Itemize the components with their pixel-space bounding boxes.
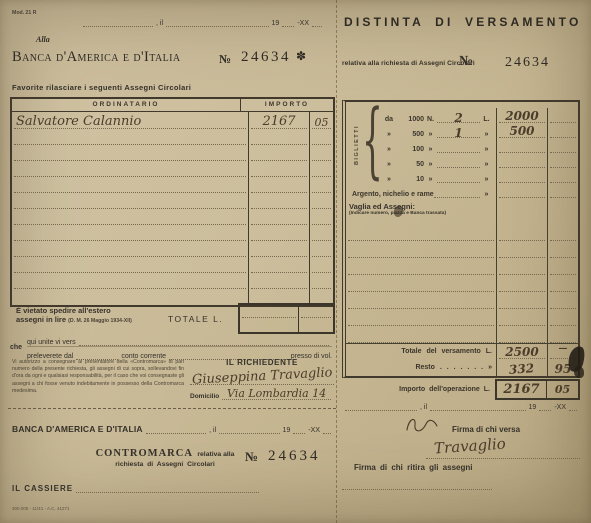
date-il-label: , il: [156, 20, 163, 27]
domicilio-value: Via Lombardia 14: [227, 387, 326, 400]
col-importo: IMPORTO: [241, 99, 333, 111]
argento-row: Argento, nichelio e rame »: [346, 183, 578, 198]
instruction-line: Favorite rilasciare i seguenti Assegni C…: [12, 83, 191, 92]
firma-versa-signature: Travaglio: [433, 435, 506, 458]
form-model-number: Mod. 21 R: [12, 10, 37, 16]
alla-label: Alla: [36, 35, 50, 44]
table-row: [12, 145, 333, 161]
denomination-row: » 50 » »: [346, 153, 578, 168]
vaglia-row: [346, 292, 578, 309]
date-line: , il 19 -XX: [80, 20, 325, 27]
authorization-text: Vi autorizzo a consegnare al presentator…: [12, 359, 184, 395]
date-era-label: -XX: [297, 20, 309, 27]
firma-versa-line: Travaglio: [426, 437, 580, 459]
totale-cents: —: [559, 344, 568, 354]
table-row: Salvatore Calannio 2167 05: [12, 112, 333, 129]
stub-bank-line: BANCA D'AMERICA E D'ITALIA , il 19 -XX: [12, 424, 334, 434]
vaglia-row: [346, 258, 578, 275]
richiedente-block: IL RICHIEDENTE Giuseppina Travaglio Domi…: [190, 358, 334, 400]
importo-cent-value: 05: [315, 116, 329, 129]
amount-value: 500: [509, 124, 534, 138]
table-row: [12, 241, 333, 257]
table-row: [12, 273, 333, 289]
numero-symbol: №: [219, 52, 231, 67]
cassiere-label: IL CASSIERE: [12, 484, 73, 493]
domicilio-label: Domicilio: [190, 393, 219, 400]
scanned-form: Mod. 21 R , il 19 -XX Alla Banca d'Ameri…: [0, 0, 591, 523]
vaglia-header-row: Vaglia ed Assegni: (Indicare numero, pia…: [346, 198, 578, 224]
bank-name: Banca d'America e d'Italia: [12, 49, 180, 66]
importo-box: 2167 05: [495, 379, 580, 400]
contromarca-title-block: CONTROMARCA relativa alla richiesta di A…: [90, 447, 240, 470]
vietato-ref: (D. M. 26 Maggio 1934-XII): [68, 318, 132, 324]
importo-operazione-row: Importo dell'operazione L. 2167 05: [342, 379, 580, 400]
contromarca-title: CONTROMARCA: [96, 448, 193, 459]
vaglia-row: [346, 241, 578, 258]
distinta-number: 24634: [505, 55, 550, 71]
flower-mark-icon: ✽: [296, 49, 306, 63]
denomination-row: da 1000 N. 2 L. 2000: [346, 108, 578, 123]
richiedente-signature: Giuseppina Travaglio: [191, 365, 332, 387]
firma-ritira-label: Firma di chi ritira gli assegni: [354, 463, 472, 472]
vaglia-row: [346, 224, 578, 241]
totale-versamento-row: Totale del versamento L. 2500 —: [346, 343, 578, 359]
right-date-line: , il 19 -XX: [342, 404, 580, 411]
vaglia-note: (Indicare numero, piazza e Banca trassat…: [349, 211, 493, 216]
resto-row: Resto . . . . . . . » 332 95: [346, 359, 578, 376]
denomination-row: » 10 » »: [346, 168, 578, 183]
firma-ritira-line: [342, 489, 492, 490]
vaglia-row: [346, 275, 578, 292]
assegni-table: ORDINATARIO IMPORTO Salvatore Calannio 2…: [10, 97, 335, 307]
denomination-row: » 500 » 1 » 500: [346, 123, 578, 138]
table-row: [12, 257, 333, 273]
firma-versa-label: Firma di chi versa: [452, 425, 520, 434]
amount-value: 2000: [505, 109, 538, 123]
vietato-line1: È vietato spedire all'estero: [16, 306, 132, 315]
versamento-table: BIGLIETTI { da 1000 N. 2 L. 2000 » 500 »…: [342, 100, 580, 378]
deposit-line1: qui unite vi vers: [27, 334, 332, 346]
importo-amount: 2167: [503, 382, 539, 397]
perforation-line: [336, 0, 337, 523]
totale-label: TOTALE L.: [168, 314, 223, 324]
print-code: 300.000 - 11/41 - A.C. 41271: [12, 506, 69, 511]
date-year-label: 19: [272, 20, 280, 27]
table-row: [12, 225, 333, 241]
table-row: [12, 161, 333, 177]
vaglia-row: [346, 309, 578, 326]
pen-flourish: [404, 414, 448, 436]
importo-lire-value: 2167: [262, 114, 295, 129]
cassiere-line: IL CASSIERE: [12, 484, 262, 493]
vietato-notice: È vietato spedire all'estero assegni in …: [16, 306, 132, 326]
denomination-row: » 100 » »: [346, 138, 578, 153]
stub-bank-name: BANCA D'AMERICA E D'ITALIA: [12, 424, 143, 434]
table-row: [12, 193, 333, 209]
totale-box: [238, 303, 335, 334]
importo-cents: 05: [555, 383, 570, 396]
ink-blot: [574, 366, 584, 378]
deposit-section: che qui unite vi vers preleverete dal co…: [10, 334, 332, 360]
col-ordinatario: ORDINATARIO: [12, 99, 241, 111]
assegni-table-header: ORDINATARIO IMPORTO: [12, 99, 333, 112]
che-label: che: [10, 334, 27, 360]
resto-amount: 332: [509, 361, 535, 377]
tear-line: [8, 408, 336, 409]
stub-numero-symbol: №: [245, 449, 258, 465]
table-row: [12, 177, 333, 193]
distinta-subtitle: relativa alla richiesta di Assegni Circo…: [342, 60, 475, 67]
vaglia-title: Vaglia ed Assegni:: [349, 202, 493, 211]
table-row: [12, 129, 333, 145]
stub-number: 24634: [268, 448, 321, 465]
distinta-title: DISTINTA DI VERSAMENTO: [344, 15, 584, 29]
totale-amount: 2500: [505, 345, 538, 359]
vietato-line2: assegni in lire: [16, 315, 66, 324]
request-number: 24634: [241, 49, 291, 66]
vaglia-row: [346, 326, 578, 343]
ordinatario-value: Salvatore Calannio: [16, 114, 141, 129]
distinta-numero-symbol: №: [459, 54, 473, 70]
table-row: [12, 209, 333, 225]
